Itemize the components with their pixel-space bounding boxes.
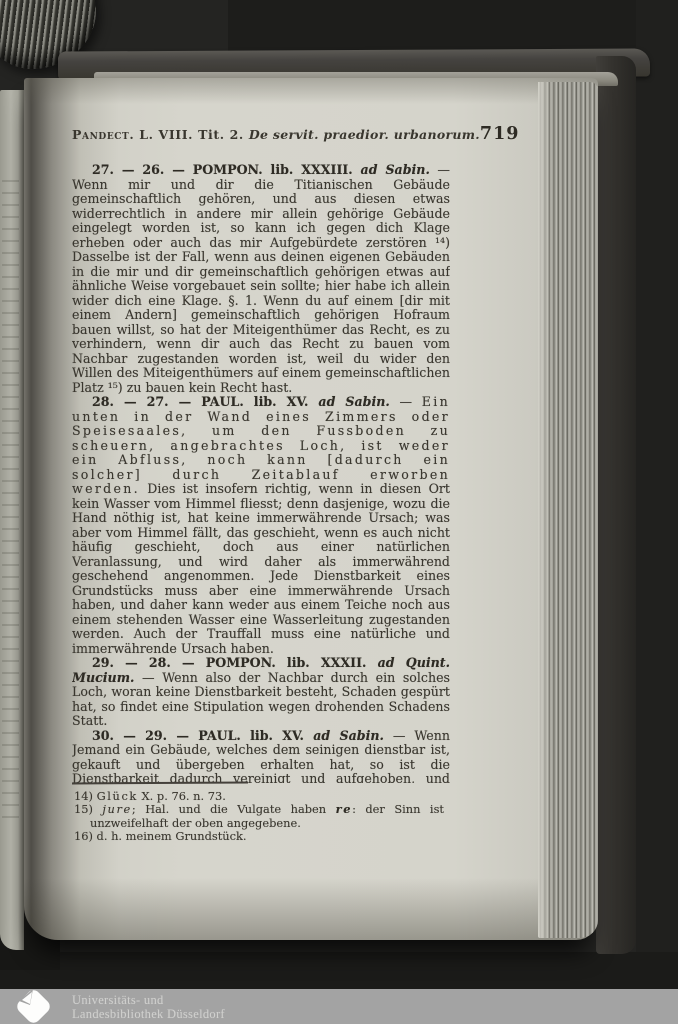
footnote-16: 16) d. h. meinem Grundstück. — [74, 830, 444, 843]
text-segment: 27. — 26. — POMPON. lib. XXXIII. — [92, 163, 361, 177]
facing-page-edge — [0, 90, 24, 950]
text-segment: 29. — 28. — POMPON. lib. XXXII. — [92, 655, 378, 670]
header-title-latin: De servit. praedior. urbanorum. — [249, 127, 480, 142]
scanned-book-page-viewport: Pandect. L. VIII. Tit. 2.De servit. prae… — [0, 0, 678, 1024]
background-bottom — [0, 952, 678, 990]
text-segment: — Wenn mir und dir die Titianischen Gebä… — [72, 163, 450, 395]
text-segment: 28. — 27. — PAUL. lib. XV. — [92, 394, 318, 409]
footnote-14: 14) Glück X. p. 76. n. 73. — [74, 790, 444, 803]
library-footer-bar: Universitäts- und Landesbibliothek Düsse… — [0, 989, 678, 1024]
paragraph-28: 28. — 27. — PAUL. lib. XV. ad Sabin. — E… — [72, 395, 450, 656]
paragraph-30: 30. — 29. — PAUL. lib. XV. ad Sabin. — W… — [72, 729, 450, 784]
paragraph-29: 29. — 28. — POMPON. lib. XXXII. ad Quint… — [72, 656, 450, 729]
text-segment: 14) — [74, 789, 97, 803]
library-name-line1: Universitäts- und — [72, 993, 225, 1007]
printed-page-content: Pandect. L. VIII. Tit. 2.De servit. prae… — [72, 124, 450, 144]
text-segment: ad Sabin. — [361, 163, 430, 177]
text-segment: 30. — 29. — PAUL. lib. XV. — [92, 728, 313, 743]
footnote-15: 15) jure; Hal. und die Vulgate haben re:… — [74, 803, 444, 830]
library-name: Universitäts- und Landesbibliothek Düsse… — [72, 993, 225, 1021]
ulb-duesseldorf-logo-icon — [6, 987, 62, 1024]
book-cover-right-edge — [596, 56, 636, 954]
running-header: Pandect. L. VIII. Tit. 2.De servit. prae… — [72, 124, 450, 144]
text-segment: ad Sabin. — [318, 394, 389, 409]
background-right — [636, 0, 678, 1024]
paragraph-27: 27. — 26. — POMPON. lib. XXXIII. ad Sabi… — [72, 163, 450, 395]
text-segment: Glück — [97, 789, 138, 803]
footnotes: 14) Glück X. p. 76. n. 73. 15) jure; Hal… — [74, 790, 444, 843]
header-title-citation: L. VIII. Tit. 2. — [134, 127, 244, 142]
text-segment: ad Sabin. — [313, 728, 384, 743]
text-segment: Dies ist insofern richtig, wenn in diese… — [72, 481, 450, 656]
library-name-line2: Landesbibliothek Düsseldorf — [72, 1007, 225, 1021]
page-number: 719 — [480, 124, 520, 144]
text-segment: re — [336, 802, 352, 816]
text-segment: — — [390, 394, 422, 409]
text-segment: ; Hal. und die Vulgate haben — [132, 802, 336, 816]
text-segment: jure — [102, 802, 131, 816]
text-segment: X. p. 76. n. 73. — [138, 789, 226, 803]
text-segment: 15) — [74, 802, 102, 816]
text-segment: 16) d. h. meinem Grundstück. — [74, 829, 247, 843]
header-title: Pandect. L. VIII. Tit. 2.De servit. prae… — [72, 127, 480, 142]
header-title-pandect: Pandect. — [72, 127, 134, 142]
body-text: 27. — 26. — POMPON. lib. XXXIII. ad Sabi… — [72, 163, 450, 783]
page-fore-edge — [538, 82, 598, 938]
